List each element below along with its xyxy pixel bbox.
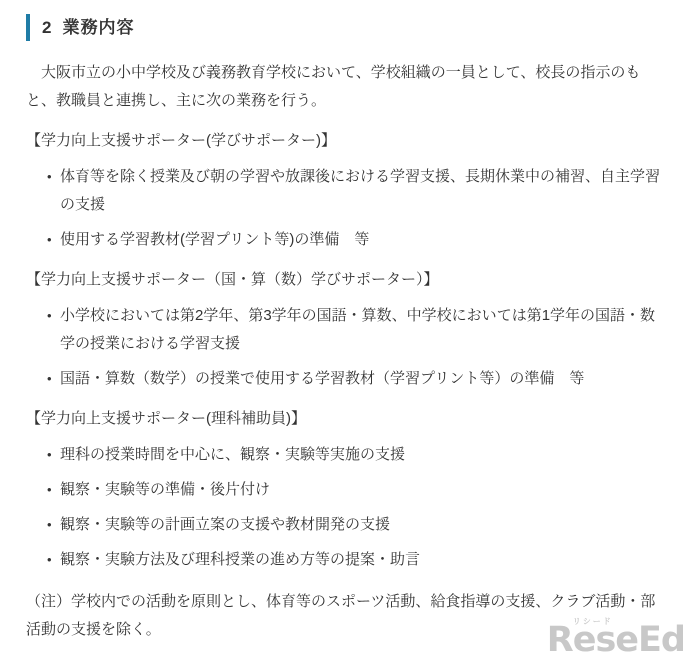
list-item: 理科の授業時間を中心に、観察・実験等実施の支援 xyxy=(47,441,663,469)
heading-title: 業務内容 xyxy=(62,18,134,37)
section-title: 【学力向上支援サポーター（国・算（数）学びサポーター）】 xyxy=(26,266,663,294)
list-item: 使用する学習教材(学習プリント等)の準備 等 xyxy=(47,226,663,254)
list-item: 国語・算数（数学）の授業で使用する学習教材（学習プリント等）の準備 等 xyxy=(47,365,663,393)
list-item: 観察・実験等の計画立案の支援や教材開発の支援 xyxy=(47,511,663,539)
sections: 【学力向上支援サポーター(学びサポーター)】体育等を除く授業及び朝の学習や放課後… xyxy=(0,127,691,574)
watermark-ruby: リシード xyxy=(573,616,613,627)
section: 【学力向上支援サポーター（国・算（数）学びサポーター）】小学校においては第2学年… xyxy=(0,266,691,393)
section-title: 【学力向上支援サポーター(理科補助員)】 xyxy=(26,405,663,433)
list-item: 小学校においては第2学年、第3学年の国語・算数、中学校においては第1学年の国語・… xyxy=(47,302,663,358)
document-page: 2業務内容 大阪市立の小中学校及び義務教育学校において、学校組織の一員として、校… xyxy=(0,0,691,660)
reseed-logo: ReseEd xyxy=(547,620,685,660)
section-heading: 2業務内容 xyxy=(26,14,665,41)
section: 【学力向上支援サポーター(学びサポーター)】体育等を除く授業及び朝の学習や放課後… xyxy=(0,127,691,254)
list-item: 体育等を除く授業及び朝の学習や放課後における学習支援、長期休業中の補習、自主学習… xyxy=(47,163,663,219)
list-item: 観察・実験等の準備・後片付け xyxy=(47,476,663,504)
reseed-watermark: リシード ReseEd xyxy=(547,620,685,660)
bullet-list: 体育等を除く授業及び朝の学習や放課後における学習支援、長期休業中の補習、自主学習… xyxy=(26,163,663,254)
heading-number: 2 xyxy=(42,18,52,37)
section: 【学力向上支援サポーター(理科補助員)】理科の授業時間を中心に、観察・実験等実施… xyxy=(0,405,691,574)
bullet-list: 理科の授業時間を中心に、観察・実験等実施の支援観察・実験等の準備・後片付け観察・… xyxy=(26,441,663,574)
bullet-list: 小学校においては第2学年、第3学年の国語・算数、中学校においては第1学年の国語・… xyxy=(26,302,663,393)
section-title: 【学力向上支援サポーター(学びサポーター)】 xyxy=(26,127,663,155)
intro-paragraph: 大阪市立の小中学校及び義務教育学校において、学校組織の一員として、校長の指示のも… xyxy=(26,59,663,115)
list-item: 観察・実験方法及び理科授業の進め方等の提案・助言 xyxy=(47,546,663,574)
